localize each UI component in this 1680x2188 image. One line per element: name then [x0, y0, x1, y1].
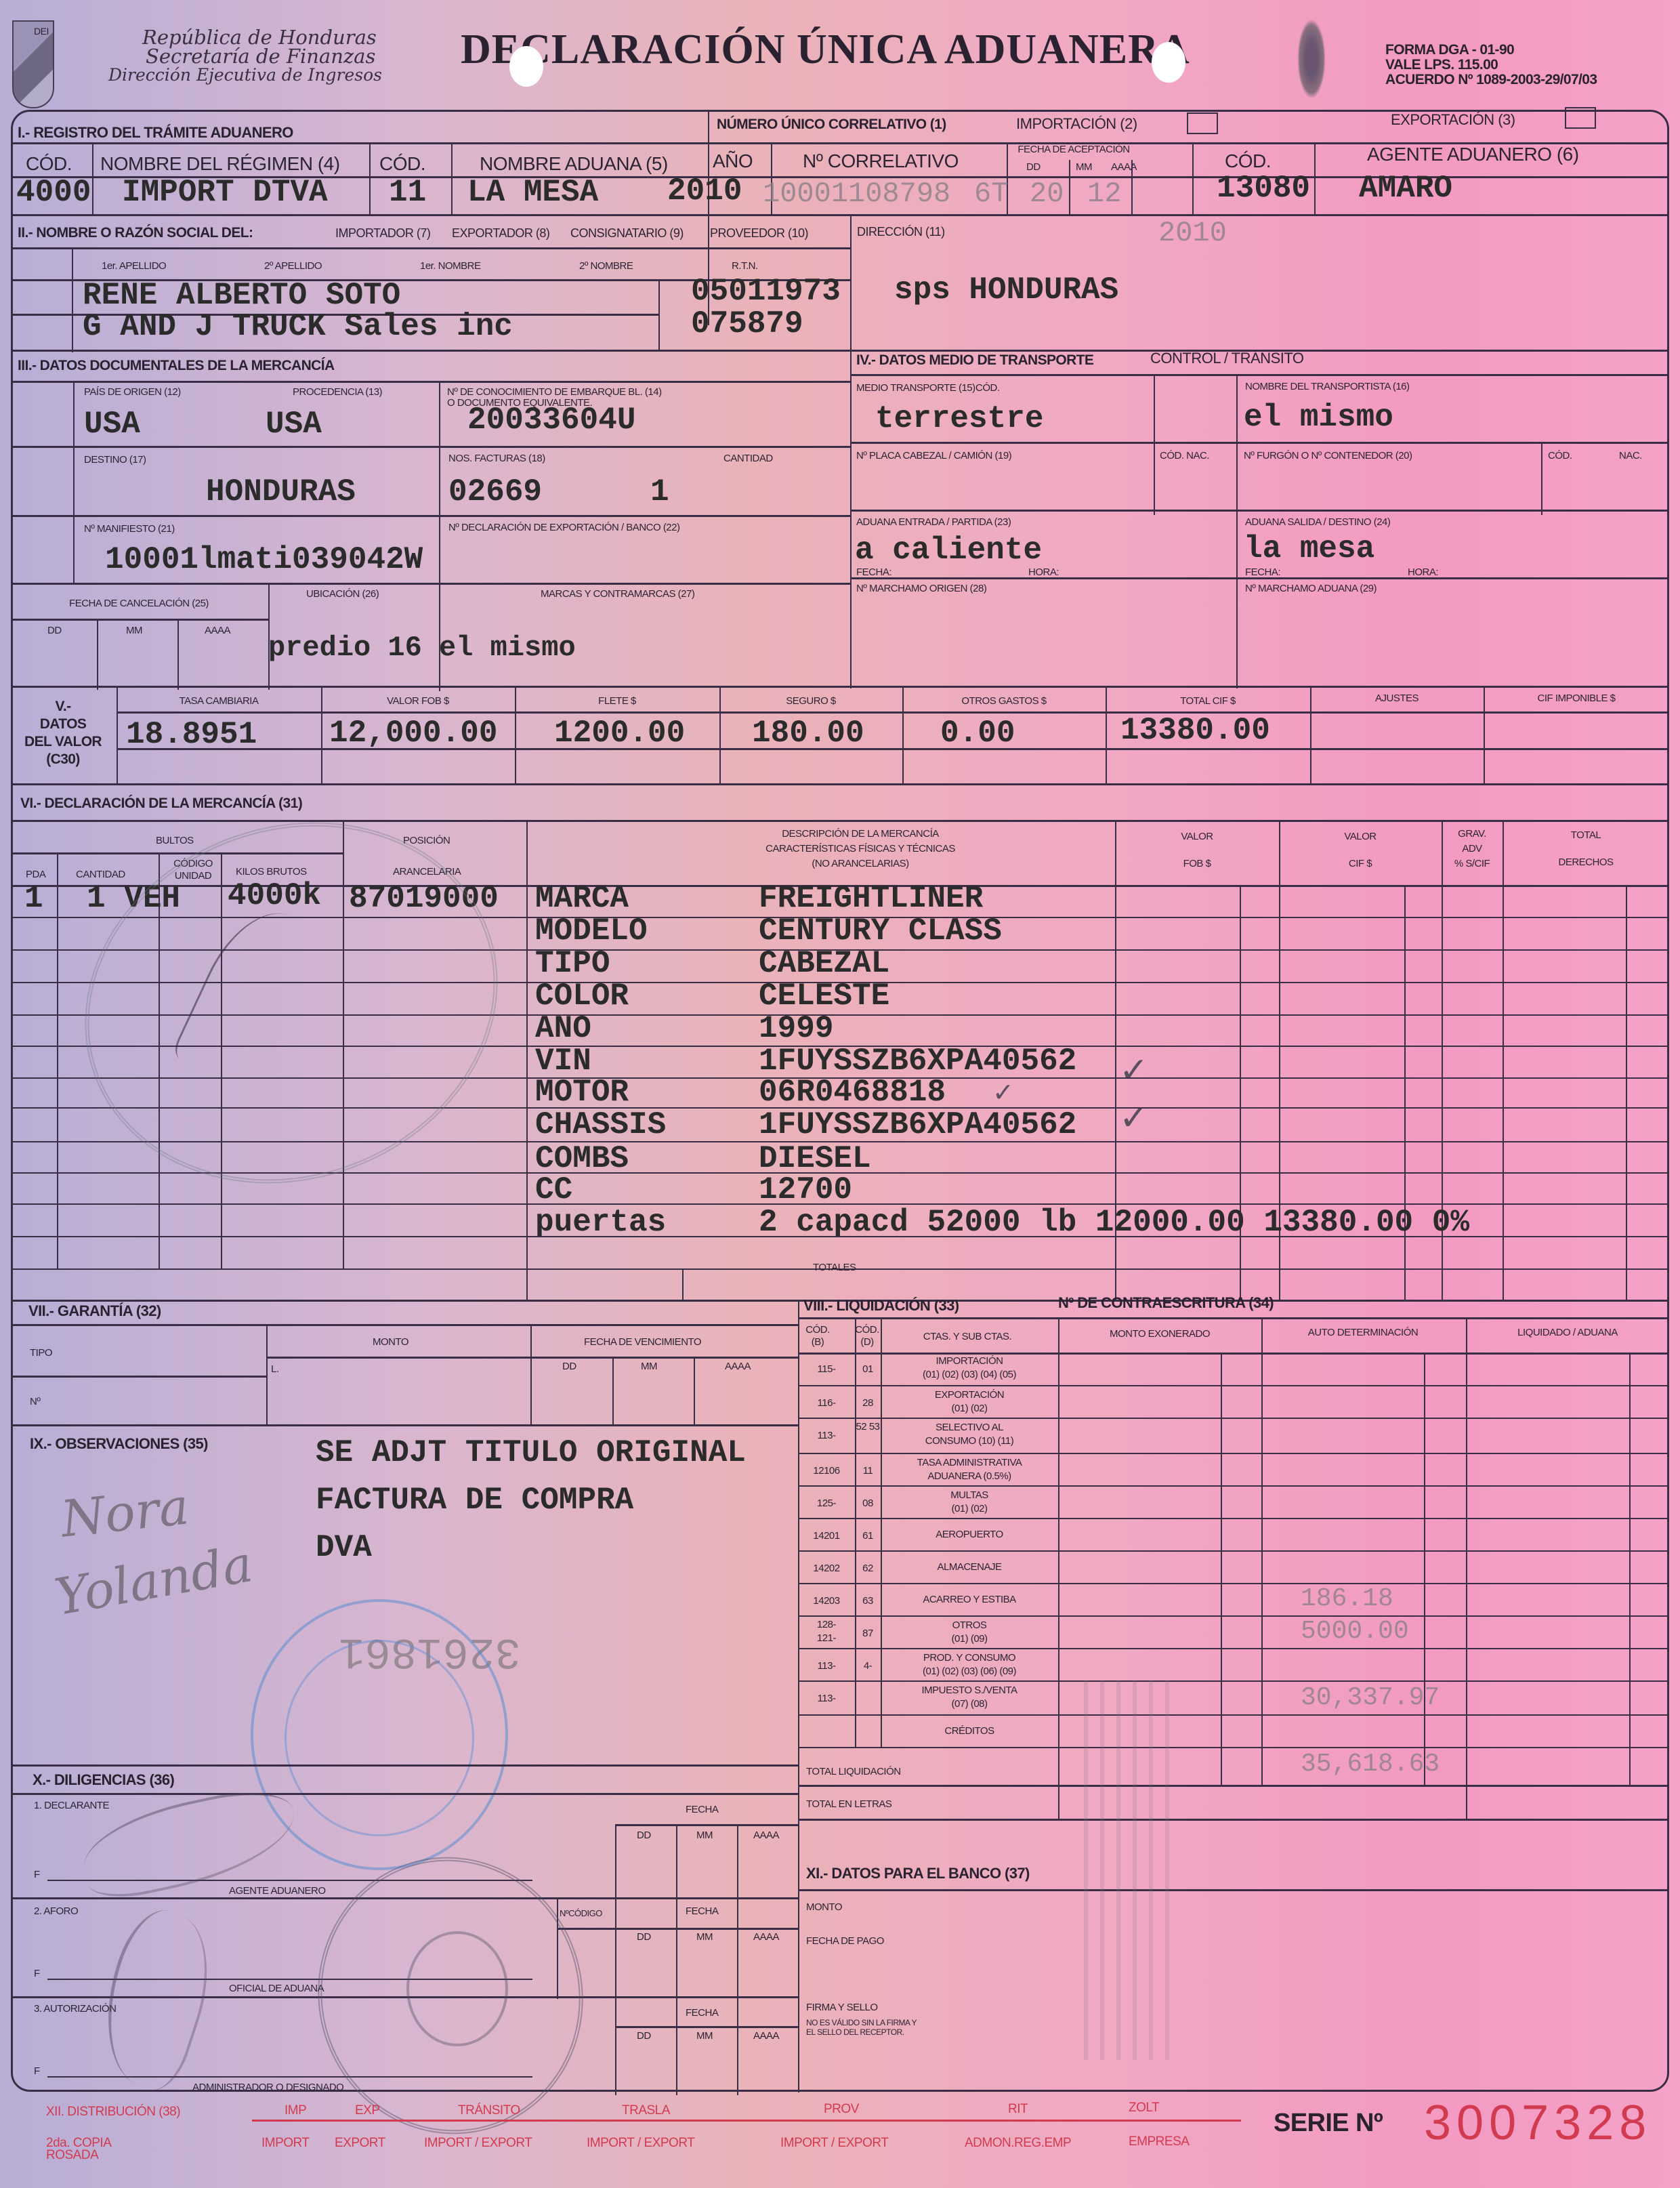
description-value: FREIGHTLINER [759, 881, 983, 916]
honduras-coat-of-arms-icon [1297, 19, 1326, 99]
seguro-value: 180.00 [752, 716, 864, 751]
row-cta: EXPORTACIÓN [881, 1389, 1058, 1401]
col-ajustes: AJUSTES [1310, 693, 1484, 704]
dist-code-exp: EXP [355, 2103, 380, 2118]
garantia-numero-label: Nº [30, 1396, 40, 1407]
valor-cif-label-1: VALOR [1279, 831, 1442, 842]
section5-title-line3: DEL VALOR [12, 733, 114, 751]
row-sub: CONSUMO (10) (11) [881, 1435, 1058, 1447]
row-cta: OTROS [881, 1619, 1058, 1631]
fecha-cancelacion-aaaa: AAAA [205, 625, 230, 636]
cod-label2: CÓD. [1548, 450, 1572, 461]
punch-hole-left [509, 46, 543, 87]
row-cod-b: 113- [798, 1660, 855, 1672]
aduana-entrada-value: a caliente [855, 533, 1042, 568]
dist-bottom-empresa: EMPRESA [1129, 2134, 1189, 2149]
transportista-value: el mismo [1244, 400, 1393, 435]
dist-code-rit: RIT [1008, 2102, 1028, 2117]
dist-code-transito: TRÁNSITO [458, 2103, 520, 2118]
pais-origen-value: USA [84, 407, 140, 442]
row-cta: CRÉDITOS [881, 1725, 1058, 1737]
section3-title: III.- DATOS DOCUMENTALES DE LA MERCANCÍA [18, 358, 335, 374]
description-key: CC [535, 1172, 572, 1207]
fecha-cancelacion-mm: MM [126, 625, 142, 636]
row-cta: MULTAS [881, 1489, 1058, 1501]
col-regimen: NOMBRE DEL RÉGIMEN (4) [100, 153, 340, 175]
description-value: 1FUYSSZB6XPA40562 [759, 1107, 1076, 1142]
tasa-cambiaria-value: 18.8951 [126, 717, 257, 752]
section6-title: VI.- DECLARACIÓN DE LA MERCANCÍA (31) [20, 796, 302, 812]
liquidacion-row: 125- 08 MULTAS (01) (02) [798, 1487, 1669, 1519]
description-key: COLOR [535, 978, 629, 1014]
declarante-f: F [34, 1869, 40, 1880]
row-sub: (01) (09) [881, 1633, 1058, 1645]
manifiesto-value: 10001lmati039042W [105, 542, 423, 577]
total-liquidacion-label: TOTAL LIQUIDACIÓN [806, 1766, 901, 1777]
row-cod-d: 62 [855, 1563, 881, 1574]
codigo-label: NºCÓDIGO [560, 1908, 602, 1918]
cantidad-label-vi: CANTIDAD [76, 869, 125, 880]
procedencia-value: USA [266, 407, 322, 442]
col-auto-determinacion: AUTO DETERMINACIÓN [1261, 1327, 1465, 1338]
dist-bottom-import: IMPORT [261, 2136, 310, 2151]
description-key: ANO [535, 1011, 591, 1046]
aduana-salida-label: ADUANA SALIDA / DESTINO (24) [1245, 516, 1390, 528]
aduana-entrada-label: ADUANA ENTRADA / PARTIDA (23) [856, 516, 1011, 528]
row-sub: (01) (02) [881, 1403, 1058, 1414]
bultos-label: BULTOS [156, 835, 194, 846]
role-proveedor: PROVEEDOR (10) [710, 226, 808, 241]
serie-label: SERIE Nº [1274, 2109, 1383, 2138]
autorizacion-dd: DD [637, 2030, 651, 2042]
col-otros-gastos: OTROS GASTOS $ [902, 695, 1106, 707]
totales-label: TOTALES [813, 1262, 856, 1273]
autorizacion-fecha-label: FECHA [686, 2007, 718, 2019]
col-nombre1: 1er. NOMBRE [420, 260, 481, 272]
description-value: 1FUYSSZB6XPA40562 [759, 1044, 1076, 1079]
description-key: TIPO [535, 946, 610, 981]
section10-title: X.- DILIGENCIAS (36) [33, 1771, 174, 1789]
total-derechos-label-1: TOTAL [1503, 829, 1669, 841]
customs-official-gray-stamp-inner [406, 1931, 508, 2046]
description-value: DIESEL [759, 1141, 871, 1176]
autorizacion-mm: MM [696, 2030, 713, 2042]
section5-title-line1: V.- [12, 698, 114, 716]
dei-logo: DEI [12, 20, 54, 108]
row-cod-d: 63 [855, 1595, 881, 1607]
col-cif-imponible: CIF IMPONIBLE $ [1484, 693, 1669, 704]
grav-label-3: % S/CIF [1442, 858, 1503, 869]
dist-code-prov: PROV [824, 2102, 859, 2117]
row-cta: AEROPUERTO [881, 1529, 1058, 1540]
col-tasa-cambiaria: TASA CAMBIARIA [117, 695, 321, 707]
destino-value: HONDURAS [206, 474, 356, 510]
aforo-f: F [34, 1968, 40, 1979]
flete-value: 1200.00 [554, 716, 685, 751]
row-cod-b: 12106 [798, 1465, 855, 1477]
row-sub: (01) (02) (03) (06) (09) [881, 1666, 1058, 1677]
col-cod2: CÓD. [379, 153, 425, 175]
garantia-monto-label: MONTO [373, 1336, 408, 1348]
declarante-fecha-label: FECHA [686, 1804, 718, 1815]
fecha-dd-value: 20 [1030, 178, 1064, 210]
section8-title: VIII.- LIQUIDACIÓN (33) [803, 1297, 959, 1315]
descripcion-label-3: (NO ARANCELARIAS) [603, 858, 1118, 869]
liquidacion-row: CRÉDITOS [798, 1716, 1669, 1748]
section9-title: IX.- OBSERVACIONES (35) [30, 1435, 208, 1453]
col-apellido1: 1er. APELLIDO [102, 260, 166, 272]
aduana-salida-value: la mesa [1244, 531, 1374, 566]
row-auto-determinacion: 186.18 [1301, 1584, 1393, 1613]
row-auto-determinacion: 5000.00 [1301, 1617, 1409, 1646]
description-value: CABEZAL [759, 946, 889, 981]
section5-title-line2: DATOS [12, 716, 114, 733]
section5-title: V.- DATOS DEL VALOR (C30) [12, 698, 114, 768]
col-ctas: CTAS. Y SUB CTAS. [882, 1331, 1053, 1342]
garantia-aaaa: AAAA [725, 1361, 751, 1372]
dist-bottom-export: EXPORT [335, 2136, 385, 2151]
liquidacion-row: 115- 01 IMPORTACIÓN (01) (02) (03) (04) … [798, 1353, 1669, 1386]
row-auto-determinacion: 30,337.97 [1301, 1683, 1440, 1712]
copia-label-line2: ROSADA [46, 2148, 98, 2163]
transportista-label: NOMBRE DEL TRANSPORTISTA (16) [1245, 381, 1410, 392]
description-key: puertas [535, 1205, 666, 1240]
dist-code-imp: IMP [285, 2103, 306, 2118]
col-valor-fob: VALOR FOB $ [321, 695, 515, 707]
liquidacion-row: 14202 62 ALMACENAJE [798, 1552, 1669, 1584]
distribution-divider [252, 2120, 1241, 2122]
dist-bottom-admon: ADMON.REG.EMP [965, 2136, 1071, 2151]
pda-label: PDA [26, 869, 45, 880]
check-mark-icon: ✓ [992, 1077, 1014, 1107]
row-cod-d: 01 [855, 1363, 881, 1375]
conocimiento-value: 20033604U [467, 402, 635, 438]
direccion-stamp: 2010 [1158, 217, 1227, 249]
aforo-label: 2. AFORO [34, 1905, 78, 1917]
total-cif-value: 13380.00 [1120, 713, 1270, 748]
description-key: COMBS [535, 1141, 629, 1176]
row-cta: PROD. Y CONSUMO [881, 1652, 1058, 1664]
pais-origen-label: PAÍS DE ORIGEN (12) [84, 386, 181, 398]
form-agreement: ACUERDO Nº 1089-2003-29/07/03 [1385, 72, 1597, 88]
form-code: FORMA DGA - 01-90 [1385, 42, 1514, 58]
correlativo-value: 10001108798 [763, 178, 950, 210]
total-letras-label: TOTAL EN LETRAS [806, 1798, 891, 1810]
grav-label-2: ADV [1442, 843, 1503, 854]
otros-gastos-value: 0.00 [940, 716, 1015, 751]
rtn-line2: 075879 [691, 306, 803, 342]
total-derechos-label-2: DERECHOS [1503, 856, 1669, 868]
col-anio: AÑO [713, 150, 753, 172]
garantia-tipo-label: TIPO [30, 1347, 52, 1359]
col-cod-d: CÓD. (D) [855, 1324, 879, 1348]
grav-label-1: GRAV. [1442, 828, 1503, 840]
distribucion-label: XII. DISTRIBUCIÓN (38) [46, 2105, 180, 2120]
liquidacion-row: 14201 61 AEROPUERTO [798, 1519, 1669, 1552]
fecha-mm-value: 12 [1087, 178, 1121, 210]
col-rtn: R.T.N. [732, 260, 758, 272]
marchamo-aduana-label: Nº MARCHAMO ADUANA (29) [1245, 583, 1377, 594]
cantidad-label: CANTIDAD [723, 453, 773, 464]
contraescritura-label: Nº DE CONTRAESCRITURA (34) [1058, 1294, 1274, 1312]
agente-aduanero-label: AGENTE ADUANERO [229, 1885, 326, 1897]
agent-blue-stamp-inner [285, 1640, 474, 1836]
conocimiento-label: Nº DE CONOCIMIENTO DE EMBARQUE BL. (14) [447, 386, 662, 398]
row-cod-d: 87 [855, 1628, 881, 1639]
description-value: 12700 [759, 1172, 852, 1207]
liquidacion-row: 113- IMPUESTO S./VENTA (07) (08) 30,337.… [798, 1682, 1669, 1716]
aduana-value: LA MESA [467, 175, 598, 210]
liquidacion-row: 14203 63 ACARREO Y ESTIBA 186.18 [798, 1584, 1669, 1617]
declarante-mm: MM [696, 1830, 713, 1841]
fecha-cancelacion-label: FECHA DE CANCELACIÓN (25) [14, 598, 264, 609]
importacion-label: IMPORTACIÓN (2) [1016, 115, 1137, 133]
punch-hole-right [1152, 42, 1185, 83]
section5-title-line4: (C30) [12, 751, 114, 768]
col-monto-exonerado: MONTO EXONERADO [1058, 1328, 1261, 1340]
org-line-2: Secretaría de Finanzas [146, 45, 375, 68]
valor-cif-label-2: CIF $ [1279, 858, 1442, 869]
section2-title: II.- NOMBRE O RAZÓN SOCIAL DEL: [18, 225, 253, 241]
description-value: CELESTE [759, 978, 889, 1014]
row-cta: IMPUESTO S./VENTA [881, 1685, 1058, 1696]
form-title: DECLARACIÓN ÚNICA ADUANERA [461, 26, 1190, 74]
cantidad-value: 1 [650, 474, 669, 510]
valor-fob-value: 12,000.00 [329, 716, 497, 751]
dist-code-zolt: ZOLT [1129, 2101, 1159, 2115]
valor-fob-label-2: FOB $ [1116, 858, 1278, 869]
procedencia-label: PROCEDENCIA (13) [293, 386, 382, 398]
garantia-monto-prefix: L. [271, 1363, 279, 1375]
anio-value: 2010 [667, 173, 742, 209]
row-cta: IMPORTACIÓN [881, 1355, 1058, 1367]
description-value: 2 capacd 52000 lb 12000.00 13380.00 0% [759, 1205, 1469, 1240]
row-cod-b: 113- [798, 1693, 855, 1704]
section4-title: IV.- DATOS MEDIO DE TRANSPORTE [856, 352, 1093, 369]
total-liquidacion-value: 35,618.63 [1301, 1750, 1440, 1779]
destino-label: DESTINO (17) [84, 454, 146, 466]
description-key: MODELO [535, 913, 648, 949]
col-apellido2: 2º APELLIDO [264, 260, 322, 272]
description-key: MARCA [535, 881, 629, 916]
liquidacion-row: 113- 4- PROD. Y CONSUMO (01) (02) (03) (… [798, 1649, 1669, 1682]
direccion-value: sps HONDURAS [894, 272, 1118, 308]
col-agente: AGENTE ADUANERO (6) [1367, 144, 1579, 165]
row-cod-b: 113- [798, 1430, 855, 1441]
declarante-dd: DD [637, 1830, 651, 1841]
row-sub: (07) (08) [881, 1698, 1058, 1710]
nac-label: NAC. [1619, 450, 1642, 461]
col-aaaa: AAAA [1111, 161, 1137, 173]
row-cta: ACARREO Y ESTIBA [881, 1594, 1058, 1605]
administrador-label: ADMINISTRADOR O DESIGNADO [192, 2082, 343, 2093]
row-cod-b: 115- [798, 1363, 855, 1375]
cod-label: CÓD. [975, 382, 1000, 394]
valor-fob-label-1: VALOR [1116, 831, 1278, 842]
aforo-aaaa: AAAA [753, 1931, 779, 1943]
observacion-line3: DVA [316, 1530, 372, 1565]
ubicacion-value: predio 16 el mismo [268, 632, 576, 664]
row-sub: (01) (02) (03) (04) (05) [881, 1369, 1058, 1380]
marchamo-origen-label: Nº MARCHAMO ORIGEN (28) [856, 583, 986, 594]
liquidacion-row: 116- 28 EXPORTACIÓN (01) (02) [798, 1386, 1669, 1419]
section7-title: VII.- GARANTÍA (32) [28, 1302, 161, 1320]
row-sub: ADUANERA (0.5%) [881, 1470, 1058, 1482]
direccion-label: DIRECCIÓN (11) [857, 225, 945, 239]
banco-fecha-pago-label: FECHA DE PAGO [806, 1935, 884, 1947]
section11-title: XI.- DATOS PARA EL BANCO (37) [806, 1865, 1030, 1882]
aforo-fecha-label: FECHA [686, 1905, 718, 1917]
dei-logo-text: DEI [34, 26, 49, 37]
dist-bottom-import-export-1: IMPORT / EXPORT [424, 2136, 532, 2151]
liquidacion-row: 128- 121- 87 OTROS (01) (09) 5000.00 [798, 1617, 1669, 1649]
col-flete: FLETE $ [515, 695, 719, 707]
autorizacion-aaaa: AAAA [753, 2030, 779, 2042]
row-cod-d: 11 [855, 1465, 881, 1477]
row-cta: SELECTIVO AL [881, 1422, 1058, 1433]
exportacion-checkbox[interactable] [1565, 107, 1596, 129]
salida-fecha-label: FECHA: [1245, 566, 1280, 578]
description-key: VIN [535, 1044, 591, 1079]
declarante-aaaa: AAAA [753, 1830, 779, 1841]
check-mark-icon: ✓ [1119, 1098, 1149, 1138]
importacion-checkbox[interactable] [1187, 112, 1218, 134]
oficial-aduana-label: OFICIAL DE ADUANA [229, 1983, 324, 1994]
medio-transporte-label: MEDIO TRANSPORTE (15) [856, 382, 975, 394]
role-importador: IMPORTADOR (7) [335, 226, 430, 241]
section1-title: I.- REGISTRO DEL TRÁMITE ADUANERO [18, 124, 293, 142]
furgon-label: Nº FURGÓN O Nº CONTENEDOR (20) [1244, 450, 1412, 461]
description-value: CENTURY CLASS [759, 913, 1002, 949]
dist-bottom-import-export-2: IMPORT / EXPORT [587, 2136, 694, 2151]
regimen-value: IMPORT DTVA [122, 175, 328, 210]
exportacion-label: EXPORTACIÓN (3) [1391, 111, 1515, 129]
role-exportador: EXPORTADOR (8) [452, 226, 549, 241]
description-value: 1999 [759, 1011, 833, 1046]
aforo-dd: DD [637, 1931, 651, 1943]
row-cod-b: 128- 121- [812, 1618, 841, 1645]
garantia-mm: MM [641, 1361, 657, 1372]
ubicacion-label: UBICACIÓN (26) [306, 588, 379, 600]
autorizacion-label: 3. AUTORIZACIÓN [34, 2003, 116, 2015]
salida-hora-label: HORA: [1408, 566, 1438, 578]
pda-value: 1 [24, 881, 43, 916]
fecha-cancelacion-dd: DD [47, 625, 62, 636]
description-value: 06R0468818 [759, 1075, 946, 1110]
col-seguro: SEGURO $ [719, 695, 902, 707]
banco-nota-line2: EL SELLO DEL RECEPTOR. [806, 2027, 904, 2037]
row-cta: ALMACENAJE [881, 1561, 1058, 1573]
garantia-dd: DD [562, 1361, 576, 1372]
serie-number: 3007328 [1424, 2095, 1652, 2151]
description-key: MOTOR [535, 1075, 629, 1110]
row-cod-b: 116- [798, 1397, 855, 1409]
rtn-line1: 05011973 [691, 274, 841, 309]
col-aduana: NOMBRE ADUANA (5) [480, 153, 668, 175]
row-cod-d: 08 [855, 1498, 881, 1509]
row-cod-d: 28 [855, 1397, 881, 1409]
observacion-line1: SE ADJT TITULO ORIGINAL [316, 1435, 746, 1470]
aforo-mm: MM [696, 1931, 713, 1943]
col-fecha-aceptacion: FECHA DE ACEPTACIÓN [1006, 144, 1141, 155]
entrada-fecha-label: FECHA: [856, 566, 891, 578]
cod-regimen-value: 4000 [16, 175, 91, 210]
declarante-label: 1. DECLARANTE [34, 1800, 109, 1811]
facturas-label: NOS. FACTURAS (18) [448, 453, 545, 464]
observacion-line2: FACTURA DE COMPRA [316, 1483, 633, 1518]
col-cod-b: CÓD. (B) [801, 1324, 835, 1348]
liquidacion-row: 12106 11 TASA ADMINISTRATIVA ADUANERA (0… [798, 1454, 1669, 1487]
facturas-value: 02669 [448, 474, 542, 510]
agente-value: AMARO [1359, 171, 1452, 206]
row-cta: TASA ADMINISTRATIVA [881, 1457, 1058, 1468]
descripcion-label-1: DESCRIPCIÓN DE LA MERCANCÍA [603, 828, 1118, 840]
manifiesto-label: Nº MANIFIESTO (21) [84, 523, 175, 535]
autorizacion-f: F [34, 2065, 40, 2077]
description-key: CHASSIS [535, 1107, 666, 1142]
entrada-hora-label: HORA: [1028, 566, 1059, 578]
col-cod: CÓD. [26, 153, 72, 175]
form-price: VALE LPS. 115.00 [1385, 57, 1498, 73]
garantia-fecha-venc-label: FECHA DE VENCIMIENTO [584, 1336, 701, 1348]
banco-firma-label: FIRMA Y SELLO [806, 2002, 878, 2013]
vertical-bank-stamp [1084, 1680, 1179, 2060]
row-cod-b: 14203 [798, 1595, 855, 1607]
col-nombre2: 2º NOMBRE [579, 260, 633, 272]
descripcion-label-2: CARACTERÍSTICAS FÍSICAS Y TÉCNICAS [603, 843, 1118, 854]
dist-bottom-import-export-3: IMPORT / EXPORT [780, 2136, 888, 2151]
row-cod-d: 4- [855, 1660, 881, 1672]
row-sub: (01) (02) [881, 1503, 1058, 1514]
col-cod3: CÓD. [1225, 150, 1271, 172]
control-transito-label: CONTROL / TRÁNSITO [1150, 350, 1304, 367]
numero-unico-label: NÚMERO ÚNICO CORRELATIVO (1) [717, 117, 946, 133]
row-cod-d: 52 53 [855, 1420, 881, 1434]
check-mark-icon: ✓ [1119, 1050, 1149, 1091]
document-page: DEI República de Honduras Secretaría de … [0, 0, 1680, 2188]
org-line-3: Dirección Ejecutiva de Ingresos [108, 65, 382, 85]
medio-transporte-value: terrestre [875, 401, 1043, 436]
cod-aduana-value: 11 [389, 175, 426, 210]
col-mm: MM [1076, 161, 1092, 173]
liquidacion-row: 113- 52 53 SELECTIVO AL CONSUMO (10) (11… [798, 1419, 1669, 1454]
row-cod-d: 61 [855, 1530, 881, 1542]
declarant-name-line1: RENE ALBERTO SOTO [83, 278, 400, 313]
row-cod-b: 125- [798, 1498, 855, 1509]
role-consignatario: CONSIGNATARIO (9) [570, 226, 684, 241]
declaracion-exp-label: Nº DECLARACIÓN DE EXPORTACIÓN / BANCO (2… [448, 522, 680, 533]
row-cod-b: 14201 [798, 1530, 855, 1542]
correlativo-suffix: 6T [974, 178, 1008, 210]
col-liquidado-aduana: LIQUIDADO / ADUANA [1466, 1327, 1669, 1338]
col-correlativo: Nº CORRELATIVO [803, 150, 959, 172]
banco-monto-label: MONTO [806, 1901, 842, 1913]
dist-code-trasla: TRASLA [622, 2103, 670, 2118]
cod-agente-value: 13080 [1217, 171, 1310, 206]
declarant-name-line2: G AND J TRUCK Sales inc [83, 309, 513, 344]
row-cod-b: 14202 [798, 1563, 855, 1574]
placa-label: Nº PLACA CABEZAL / CAMIÓN (19) [856, 450, 1011, 461]
col-total-cif: TOTAL CIF $ [1106, 695, 1310, 707]
banco-nota-line1: NO ES VÁLIDO SIN LA FIRMA Y [806, 2018, 917, 2027]
cod-nac-label: CÓD. NAC. [1160, 450, 1209, 461]
col-dd: DD [1026, 161, 1041, 173]
marcas-label: MARCAS Y CONTRAMARCAS (27) [541, 588, 694, 600]
